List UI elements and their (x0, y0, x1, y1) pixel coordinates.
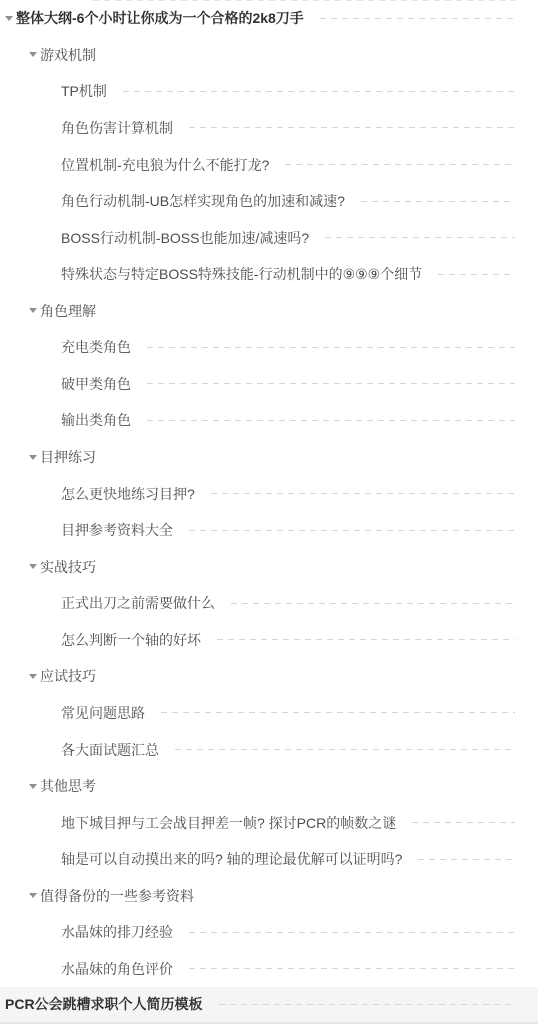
outline-item[interactable]: 游戏机制 (0, 37, 538, 74)
outline-item-label: 角色行动机制-UB怎样实现角色的加速和减速? (61, 191, 345, 211)
triangle-down-icon (5, 16, 13, 21)
outline-item-label: 游戏机制 (40, 45, 96, 65)
dashed-leader (361, 201, 515, 202)
dashed-leader (147, 420, 515, 421)
dashed-leader (189, 932, 515, 933)
outline-item[interactable]: PCR公会跳槽求职个人简历模板 (0, 987, 538, 1024)
dashed-leader (211, 493, 515, 494)
outline-item[interactable]: 轴是可以自动摸出来的吗? 轴的理论最优解可以证明吗? (0, 841, 538, 878)
outline-item[interactable]: 目押参考资料大全 (0, 512, 538, 549)
outline-item[interactable]: 怎么更快地练习目押? (0, 475, 538, 512)
triangle-down-icon (29, 308, 37, 313)
dashed-leader (219, 1004, 515, 1005)
toggle-triangle-icon[interactable] (29, 674, 40, 679)
dashed-leader (161, 712, 515, 713)
outline-item[interactable]: 各大面试题汇总 (0, 731, 538, 768)
outline-item[interactable]: 整体大纲-6个小时让你成为一个合格的2k8刀手 (0, 0, 538, 37)
outline-item-label: 怎么更快地练习目押? (61, 484, 195, 504)
outline-item-label: 值得备份的一些参考资料 (40, 886, 194, 906)
outline-item[interactable]: 水晶妹的排刀经验 (0, 914, 538, 951)
outline-item-label: 轴是可以自动摸出来的吗? 轴的理论最优解可以证明吗? (61, 849, 402, 869)
outline-item[interactable]: 充电类角色 (0, 329, 538, 366)
dashed-leader (217, 639, 515, 640)
outline-item-label: 输出类角色 (61, 410, 131, 430)
outline-item[interactable]: 应试技巧 (0, 658, 538, 695)
outline-item[interactable]: TP机制 (0, 73, 538, 110)
outline-item-label: 地下城目押与工会战目押差一帧? 探讨PCR的帧数之谜 (61, 813, 396, 833)
dashed-leader (175, 749, 515, 750)
dashed-leader (147, 383, 515, 384)
outline-item[interactable]: 水晶妹的角色评价 (0, 951, 538, 988)
outline-item[interactable]: 正式出刀之前需要做什么 (0, 585, 538, 622)
outline-item[interactable]: 地下城目押与工会战目押差一帧? 探讨PCR的帧数之谜 (0, 804, 538, 841)
clipped-row-dashed-leader (93, 0, 515, 1)
outline-item[interactable]: 怎么判断一个轴的好坏 (0, 622, 538, 659)
outline-item-label: 应试技巧 (40, 666, 96, 686)
outline-item[interactable]: 位置机制-充电狼为什么不能打龙? (0, 146, 538, 183)
outline-item-label: 正式出刀之前需要做什么 (61, 593, 215, 613)
triangle-down-icon (29, 893, 37, 898)
outline-item[interactable]: BOSS行动机制-BOSS也能加速/减速吗? (0, 219, 538, 256)
triangle-down-icon (29, 52, 37, 57)
dashed-leader (147, 347, 515, 348)
dashed-leader (325, 237, 515, 238)
dashed-leader (231, 603, 515, 604)
outline-item-label: 整体大纲-6个小时让你成为一个合格的2k8刀手 (16, 8, 304, 28)
triangle-down-icon (29, 564, 37, 569)
dashed-leader (189, 127, 515, 128)
outline-item-label: 怎么判断一个轴的好坏 (61, 630, 201, 650)
outline-item-label: 水晶妹的排刀经验 (61, 922, 173, 942)
dashed-leader (123, 91, 515, 92)
dashed-leader (285, 164, 515, 165)
dashed-leader (418, 859, 515, 860)
toggle-triangle-icon[interactable] (29, 52, 40, 57)
outline-item-label: 目押练习 (40, 447, 96, 467)
outline-item-label: 水晶妹的角色评价 (61, 959, 173, 979)
outline-rows: 整体大纲-6个小时让你成为一个合格的2k8刀手游戏机制TP机制角色伤害计算机制位… (0, 0, 538, 1024)
outline-item-label: TP机制 (61, 81, 107, 101)
toggle-triangle-icon[interactable] (29, 893, 40, 898)
outline-item-label: 目押参考资料大全 (61, 520, 173, 540)
toggle-triangle-icon[interactable] (29, 455, 40, 460)
toggle-triangle-icon[interactable] (29, 564, 40, 569)
outline-item[interactable]: 特殊状态与特定BOSS特殊技能-行动机制中的⑨⑨⑨个细节 (0, 256, 538, 293)
triangle-down-icon (29, 784, 37, 789)
outline-item-label: 常见问题思路 (61, 703, 145, 723)
outline-item[interactable]: 输出类角色 (0, 402, 538, 439)
outline-item[interactable]: 其他思考 (0, 768, 538, 805)
outline-item-label: 位置机制-充电狼为什么不能打龙? (61, 155, 269, 175)
outline-item-label: 特殊状态与特定BOSS特殊技能-行动机制中的⑨⑨⑨个细节 (61, 264, 422, 284)
outline-item-label: BOSS行动机制-BOSS也能加速/减速吗? (61, 228, 309, 248)
dashed-leader (189, 530, 515, 531)
triangle-down-icon (29, 455, 37, 460)
outline-item-label: 角色理解 (40, 301, 96, 321)
dashed-leader (412, 822, 515, 823)
toggle-triangle-icon[interactable] (29, 784, 40, 789)
outline-item-label: 实战技巧 (40, 557, 96, 577)
dashed-leader (320, 18, 515, 19)
toggle-triangle-icon[interactable] (29, 308, 40, 313)
toggle-triangle-icon[interactable] (5, 16, 16, 21)
outline-item[interactable]: 实战技巧 (0, 548, 538, 585)
outline-item[interactable]: 角色理解 (0, 293, 538, 330)
outline-item[interactable]: 角色伤害计算机制 (0, 110, 538, 147)
outline-item-label: 其他思考 (40, 776, 96, 796)
outline-item[interactable]: 角色行动机制-UB怎样实现角色的加速和减速? (0, 183, 538, 220)
outline-item-label: 破甲类角色 (61, 374, 131, 394)
outline-item[interactable]: 常见问题思路 (0, 695, 538, 732)
outline-item-label: 充电类角色 (61, 337, 131, 357)
outline-item[interactable]: 目押练习 (0, 439, 538, 476)
outline-item-label: PCR公会跳槽求职个人简历模板 (5, 994, 203, 1014)
document-outline: 整体大纲-6个小时让你成为一个合格的2k8刀手游戏机制TP机制角色伤害计算机制位… (0, 0, 538, 1024)
outline-item[interactable]: 值得备份的一些参考资料 (0, 878, 538, 915)
outline-item-label: 各大面试题汇总 (61, 740, 159, 760)
outline-item-label: 角色伤害计算机制 (61, 118, 173, 138)
dashed-leader (438, 274, 515, 275)
outline-item[interactable]: 破甲类角色 (0, 366, 538, 403)
triangle-down-icon (29, 674, 37, 679)
dashed-leader (189, 968, 515, 969)
